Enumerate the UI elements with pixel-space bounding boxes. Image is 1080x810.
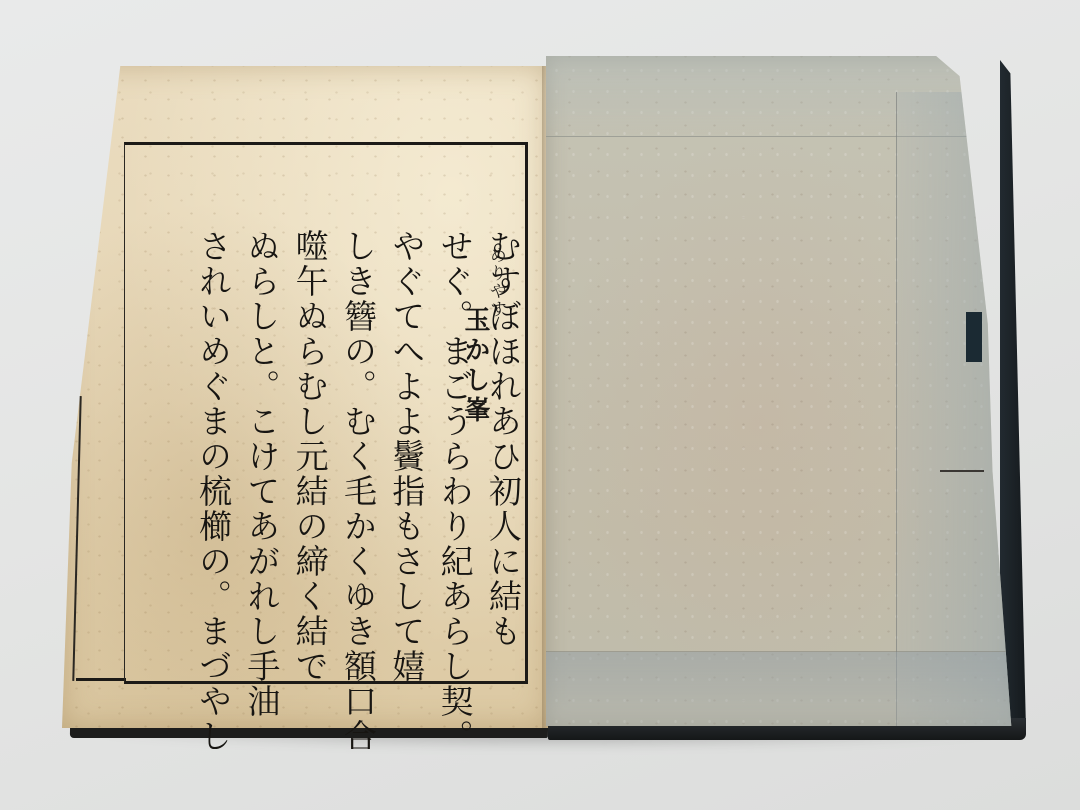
text-column-6: ぬらしと。こけてあがれし手油 [241,229,281,749]
frame-left-border [72,396,81,681]
cover-tear-line [940,470,984,472]
cover-edge-tab [966,312,982,362]
text-column-4: しき簪の。むく毛かくゆき額口合。 [338,229,378,749]
cover-turn-in-right [896,92,1017,726]
text-column-3: やぐてへよよ鬢指もさして嬉 [386,229,426,749]
left-page-content: むすぼほれあひ初人に結も せぐ。まごうらわり紀あらし契。 やぐてへよよ鬢指もさし… [62,66,548,728]
cover-turn-in-bottom [546,651,1016,727]
title-main: 玉かし峯 [457,306,494,426]
text-column-7: されいめぐまの梳櫛の。まづやしい祖 [193,229,233,749]
right-endpaper-page [546,56,1016,726]
photo-scene: むすぼほれあひ初人に結も せぐ。まごうらわり紀あらし契。 やぐてへよよ鬢指もさし… [0,0,1080,810]
text-column-5: 噬午ぬらむし元結の締く結で [290,229,330,749]
frame-bottom-border [76,678,126,681]
